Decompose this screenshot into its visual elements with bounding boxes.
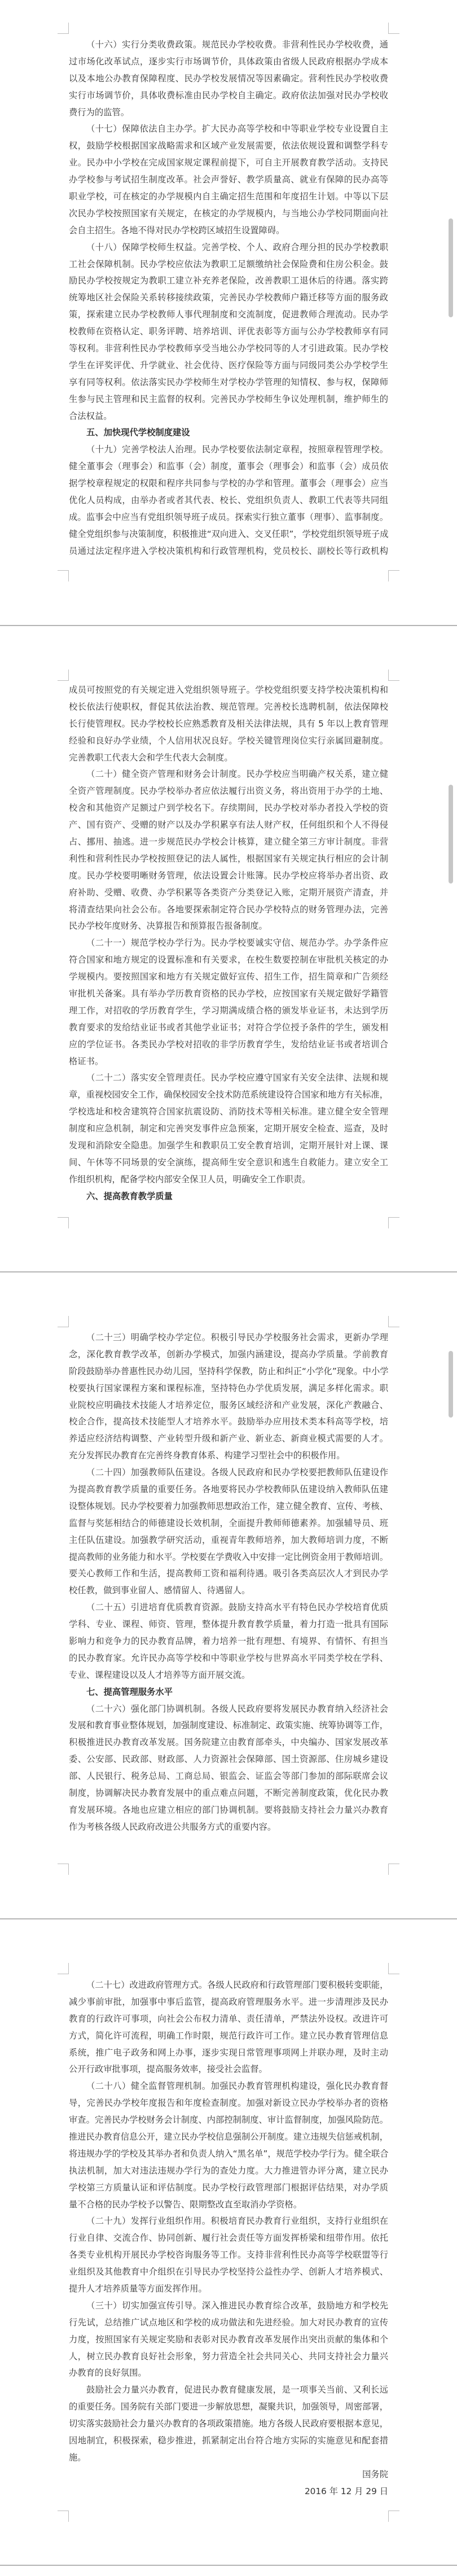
- page-2-body: 成员可按照党的有关规定进入党组织领导班子。学校党组织要支持学校决策机构和校长依法…: [69, 682, 388, 1205]
- crop-mark-bottom-right: [388, 570, 399, 581]
- crop-mark-bottom-left: [58, 1864, 69, 1875]
- crop-mark-top-left: [58, 1316, 69, 1327]
- crop-mark-bottom-right: [388, 1864, 399, 1875]
- text-line: 行先试，总结推广试点地区和学校的成功做法和先进经验。加大对民办教育的宣传: [69, 2315, 388, 2332]
- crop-mark-bottom-left: [58, 1217, 69, 1228]
- text-line: 校企合作，提高技术技能型人才培养水平。鼓励举办应用技术类本科高等学校，培: [69, 1414, 388, 1431]
- text-line: （二十二）落实安全管理责任。民办学校应遵守国家有关安全法律、法规和规: [69, 1070, 388, 1087]
- text-line: 鼓励社会力量兴办教育，促进民办教育健康发展，是一项事关当前、又利长远: [69, 2382, 388, 2399]
- text-line: 积极推进民办教育改革发展。国务院建立由教育部牵头，中央编办、国家发展改革: [69, 1734, 388, 1751]
- text-line: 等权利。非营利性民办学校教师享受当地公办学校同等的人才引进政策。民办学校: [69, 340, 388, 357]
- text-line: （三十）切实加强宣传引导。深入推进民办教育综合改革，鼓励地方和学校先: [69, 2298, 388, 2315]
- text-line: 成。监事会中应当有党组织领导班子成员。探索实行独立董事（理事）、监事制度。: [69, 509, 388, 526]
- text-line: 以及本地公办教育保障程度、民办学校发展情况等因素确定。营利性民办学校收费: [69, 71, 388, 88]
- crop-mark-top-right: [388, 670, 399, 681]
- text-line: 学校选址和校舍建筑符合国家抗震设防、消防技术等相关标准。建立健全安全管理: [69, 1104, 388, 1121]
- text-line: 监督与奖惩相结合的师德建设长效机制，全面提升教师师德素养。加强辅导员、班: [69, 1515, 388, 1532]
- crop-mark-bottom-right: [388, 2511, 399, 2522]
- text-line: 策，探索建立民办学校教师人事代理制度和交流制度，促进教师合理流动。民办学: [69, 307, 388, 323]
- text-line: （十八）保障学校师生权益。完善学校、个人、政府合理分担的民办学校教职: [69, 239, 388, 256]
- text-line: （十六）实行分类收费政策。规范民办学校收费。非营利性民办学校收费，通: [69, 37, 388, 54]
- text-line: 教育要求的发给结业证书或者其他学业证书；对符合学位授予条件的学生，颁发相: [69, 1020, 388, 1036]
- text-line: 部、人民银行、税务总局、工商总局、银监会、证监会等部门参加的部际联席会议: [69, 1768, 388, 1785]
- crop-mark-top-left: [58, 670, 69, 681]
- text-line: （二十）健全资产管理和财务会计制度。民办学校应当明确产权关系，建立健: [69, 766, 388, 783]
- text-line: 生参与民主管理和民主监督的权利。完善民办学校师生争议处理机制，维护师生的: [69, 391, 388, 408]
- text-line: 利性和营利性民办学校按照登记的法人属性，根据国家有关规定执行相应的会计制: [69, 851, 388, 868]
- crop-mark-bottom-right: [388, 1217, 399, 1228]
- text-line: 度。民办学校要明晰财务管理，依法设置会计账簿。民办学校应将举办者出资、政: [69, 868, 388, 885]
- text-line: 健全董事会（理事会）和监事（会）制度，董事会（理事会）和监事（会）成员依: [69, 458, 388, 475]
- crop-mark-top-left: [58, 23, 69, 34]
- text-line: 的民办教育家。允许民办高等学校和中等职业学校与世界高水平同类学校在学科、: [69, 1650, 388, 1667]
- text-line: 校任教，做到事业留人、感情留人、待遇留人。: [69, 1582, 388, 1599]
- text-line: 享有同等权利。依法落实民办学校师生对学校办学管理的知情权、参与权，保障师: [69, 374, 388, 391]
- text-line: 学科、专业、课程、师资、管理，整体提升教育教学质量，着力打造一批具有国际: [69, 1616, 388, 1633]
- text-line: 成员可按照党的有关规定进入党组织领导班子。学校党组织要支持学校决策机构和: [69, 682, 388, 699]
- page-separator: [0, 1918, 457, 1919]
- text-line: 作组织机构，配备学校内部安全保卫人员，明确安全工作职责。: [69, 1171, 388, 1188]
- text-line: 业。民办中小学校在完成国家规定课程前提下，可自主开展教育教学活动。支持民: [69, 155, 388, 172]
- text-line: 间、午休等不同场景的安全演练，提高师生安全意识和逃生自救能力。建立安全工: [69, 1154, 388, 1171]
- text-line: 员通过法定程序进入学校决策机构和行政管理机构，党员校长、副校长等行政机构: [69, 543, 388, 560]
- signature-date: 2016 年 12 月 29 日: [69, 2483, 388, 2500]
- text-line: （二十三）明确学校办学定位。积极引导民办学校服务社会需求，更新办学理: [69, 1329, 388, 1346]
- text-line: 教育的行政许可事项，向社会公布权力清单、责任清单，严禁法外设权。改进许可: [69, 2011, 388, 2028]
- text-line: 校要执行国家课程方案和课程标准，坚持特色办学优质发展，满足多样化需求。职: [69, 1380, 388, 1397]
- text-line: 励民办学校按规定为教职工建立补充养老保险，改善教职工退休后的待遇。落实跨: [69, 273, 388, 290]
- text-line: （二十六）强化部门协调机制。各级人民政府要将发展民办教育纳入经济社会: [69, 1701, 388, 1718]
- text-line: 委、公安部、民政部、财政部、人力资源社会保障部、国土资源部、住房城乡建设: [69, 1751, 388, 1768]
- scrollbar-thumb[interactable]: [449, 218, 453, 317]
- text-line: 将违规办学的学校及其举办者和负责人纳入“黑名单”，规范学校办学行为。健全联合: [69, 2146, 388, 2163]
- text-line: 学规模内。要按照国家和地方有关规定做好宣传、招生工作，招生简章和广告须经: [69, 969, 388, 986]
- page-separator: [0, 2565, 457, 2566]
- text-line: 养适应经济结构调整、产业转型升级和新产业、新业态、新商业模式需要的人才。: [69, 1431, 388, 1447]
- crop-mark-top-right: [388, 1316, 399, 1327]
- page-3-body: （二十三）明确学校办学定位。积极引导民办学校服务社会需求，更新办学理念，深化教育…: [69, 1329, 388, 1836]
- text-line: 府补助、受赠、收费、办学积累等各类资产分类登记入账，定期开展资产清查，并: [69, 885, 388, 902]
- text-line: 将清查结果向社会公布。各地要探索制定符合民办学校特点的财务管理办法，完善: [69, 902, 388, 919]
- text-line: 制度和应急机制，制定和完善突发事件应急预案，定期开展安全检查、巡查，及时: [69, 1121, 388, 1138]
- text-line: 办教育的良好氛围。: [69, 2365, 388, 2382]
- text-line: 执法机制，加大对违法违规办学行为的查处力度。大力推进管办评分离，建立民办: [69, 2163, 388, 2180]
- text-line: 量不合格的民办学校予以警告、限期整改直至取消办学资格。: [69, 2197, 388, 2214]
- section-heading: 五、加快现代学校制度建设: [69, 425, 388, 441]
- text-line: 经验和良好办学业绩，个人信用状况良好。学校关键管理岗位实行亲属回避制度。: [69, 733, 388, 750]
- text-line: 统筹地区社会保险关系转移接续政策，完善民办学校教师户籍迁移等方面的服务政: [69, 290, 388, 307]
- scrollbar-thumb[interactable]: [449, 785, 453, 884]
- text-line: 行业自律、交流合作、协同创新、履行社会责任等方面发挥桥梁和纽带作用。依托: [69, 2230, 388, 2247]
- text-line: 的重要任务。国务院有关部门要进一步解放思想，凝聚共识，加强领导，周密部署，: [69, 2399, 388, 2416]
- text-line: 校教师在资格认定、职务评聘、培养培训、评优表彰等方面与公办学校教师享有同: [69, 323, 388, 340]
- text-line: 工社会保障机制。民办学校应依法为教职工足额缴纳社会保险费和住房公积金。鼓: [69, 256, 388, 273]
- text-line: 为提高教育教学质量的重要任务。各地要将民办学校教师队伍建设纳入教师队伍建: [69, 1481, 388, 1498]
- text-line: 健全党组织参与决策制度，积极推进“双向进入、交叉任职”，学校党组织领导班子成: [69, 526, 388, 543]
- text-line: 施。: [69, 2450, 388, 2466]
- text-line: 力度，按照国家有关规定奖励和表彰对民办教育改革发展作出突出贡献的集体和个: [69, 2332, 388, 2348]
- text-line: 实行市场调节价，具体收费标准由民办学校自主确定。政府依法加强对民办学校收: [69, 88, 388, 104]
- text-line: 切实落实鼓励社会力量兴办教育的各项政策措施。地方各级人民政府要根据本意见，: [69, 2416, 388, 2433]
- text-line: 过市场化改革试点，逐步实行市场调节价，具体政策由省级人民政府根据办学成本: [69, 54, 388, 71]
- text-line: 念，深化教育教学改革，创新办学模式，加强内涵建设，提高办学质量。学前教育: [69, 1346, 388, 1363]
- text-line: 提高教师的业务能力和水平。学校要在学费收入中安排一定比例资金用于教师培训。: [69, 1549, 388, 1566]
- text-line: 发现和消除安全隐患。加强学生和教职员工安全教育培训，定期开展针对上课、课: [69, 1138, 388, 1154]
- text-line: 民办学校年度财务、决算报告和预算报告报备制度。: [69, 918, 388, 935]
- text-line: 校长依法行使职权，督促其依法治教、规范管理。完善校长选聘机制，依法保障校: [69, 699, 388, 716]
- text-line: （二十五）引进培育优质教育资源。鼓励支持高水平有特色民办学校培育优质: [69, 1599, 388, 1616]
- text-line: 人，树立民办教育良好社会形象，努力营造全社会共同关心、共同支持社会力量兴: [69, 2348, 388, 2365]
- page-separator: [0, 625, 457, 626]
- text-line: 产、国有资产、受赠的财产以及办学积累享有法人财产权，任何组织和个人不得侵: [69, 817, 388, 834]
- text-line: 方式，简化许可流程，明确工作时限，规范行政许可工作。建立民办教育管理信息: [69, 2028, 388, 2045]
- text-line: 格证书。: [69, 1053, 388, 1070]
- text-line: 会自主招生。各地不得对民办学校跨区域招生设置障碍。: [69, 222, 388, 239]
- text-line: 各类专业机构开展民办学校咨询服务等工作。支持非营利性民办高等学校联盟等行: [69, 2247, 388, 2264]
- text-line: 章，重视校园安全工作，确保校园安全技术防范系统建设符合国家和地方有关标准，: [69, 1087, 388, 1104]
- text-line: （二十八）健全监督管理机制。加强民办教育管理机构建设，强化民办教育督: [69, 2078, 388, 2095]
- text-line: （十九）完善学校法人治理。民办学校要依法制定章程，按照章程管理学校。: [69, 441, 388, 458]
- crop-mark-bottom-left: [58, 570, 69, 581]
- section-heading: 六、提高教育教学质量: [69, 1188, 388, 1205]
- text-line: 完善教职工代表大会和学生代表大会制度。: [69, 750, 388, 767]
- text-line: 作为考核各级人民政府改进公共服务方式的重要内容。: [69, 1819, 388, 1836]
- page-1-body: （十六）实行分类收费政策。规范民办学校收费。非营利性民办学校收费，通过市场化改革…: [69, 37, 388, 560]
- text-line: 优化人员构成，由举办者或者其代表、校长、党组织负责人、教职工代表等共同组: [69, 492, 388, 509]
- text-line: （二十九）发挥行业组织作用。积极培育民办教育行业组织，支持行业组织在: [69, 2213, 388, 2230]
- text-line: 校舍和其他资产足额过户到学校名下。存续期间，民办学校对举办者投入学校的资: [69, 800, 388, 817]
- text-line: 专业、课程建设以及人才培养等方面开展交流。: [69, 1667, 388, 1684]
- page-separator: [0, 1271, 457, 1272]
- text-line: 业组织及其他教育中介组织在引导民办学校坚持公益性办学、创新人才培养模式、: [69, 2264, 388, 2281]
- text-line: 审查。完善民办学校财务会计制度、内部控制制度、审计监督制度，加强风险防范。: [69, 2112, 388, 2129]
- text-line: 职业学校，可在核定的办学规模内自主确定招生范围和年度招生计划。中等以下层: [69, 189, 388, 205]
- text-line: 发展和教育事业整体规划，加强制度建设、标准制定、政策实施、统筹协调等工作，: [69, 1717, 388, 1734]
- text-line: 学校第三方质量认证和评估制度。民办学校行政管理部门根据评估结果，对办学质: [69, 2180, 388, 2197]
- text-line: 因地制宜，积极探索，稳步推进，抓紧制定出台符合地方实际的实施意见和配套措: [69, 2433, 388, 2450]
- text-line: （二十一）规范学校办学行为。民办学校要诚实守信、规范办学。办学条件应: [69, 935, 388, 952]
- text-line: 次民办学校按照国家有关规定，在核定的办学规模内，与当地公办学校同期面向社: [69, 205, 388, 222]
- crop-mark-top-right: [388, 23, 399, 34]
- text-line: 制度，协调解决民办教育发展中的重点难点问题，不断完善制度政策，优化民办教: [69, 1785, 388, 1802]
- text-line: （二十七）改进政府管理方式。各级人民政府和行政管理部门要积极转变职能，: [69, 1977, 388, 1994]
- text-line: 影响力和竞争力的民办教育品牌，着力培养一批有理想、有境界、有情怀、有担当: [69, 1633, 388, 1650]
- text-line: 减少事前审批，加强事中事后监管，提高政府管理服务水平。进一步清理涉及民办: [69, 1994, 388, 2011]
- text-line: 费行为的监管。: [69, 104, 388, 121]
- text-line: 主任队伍建设。加强教学研究活动，重视青年教师培养，加大教师培训力度，不断: [69, 1532, 388, 1549]
- text-line: 导，完善民办学校年度报告和年度检查制度。加强对新设立民办学校举办者的资格: [69, 2095, 388, 2112]
- text-line: 阶段鼓励举办普惠性民办幼儿园，坚持科学保教，防止和纠正“小学化”现象。中小学: [69, 1363, 388, 1380]
- crop-mark-top-left: [58, 1963, 69, 1974]
- scrollbar-thumb[interactable]: [449, 1351, 453, 1418]
- text-line: 审批机关备案。具有举办学历教育资格的民办学校，应按国家有关规定做好学籍管: [69, 986, 388, 1003]
- text-line: 合法权益。: [69, 408, 388, 425]
- text-line: 长行使管理权。民办学校校长应熟悉教育及相关法律法规，具有 5 年以上教育管理: [69, 716, 388, 733]
- page-4-body: （二十七）改进政府管理方式。各级人民政府和行政管理部门要积极转变职能，减少事前审…: [69, 1977, 388, 2500]
- text-line: 公开行政审批事项，提高服务效率，接受社会监督。: [69, 2061, 388, 2078]
- crop-mark-top-right: [388, 1963, 399, 1974]
- text-line: 应的学位证书。各类民办学校对招收的非学历教育学生，发给结业证书或者培训合: [69, 1036, 388, 1053]
- text-line: 提升人才培养质量等方面发挥作用。: [69, 2281, 388, 2298]
- text-line: 业院校应明确技术技能人才培养定位，服务区域经济和产业发展，深化产教融合、: [69, 1397, 388, 1414]
- text-line: 要关心教师工作和生活，提高教师工资和福利待遇。吸引各类高层次人才到民办学: [69, 1565, 388, 1582]
- text-line: 占、挪用、抽逃。进一步规范民办学校会计核算，建立健全第三方审计制度。非营: [69, 834, 388, 851]
- text-line: 推进民办教育信息公开，建立民办学校信息强制公开制度。建立违规失信惩戒机制，: [69, 2129, 388, 2146]
- text-line: 设整体规划。民办学校要着力加强教师思想政治工作，建立健全教育、宣传、考核、: [69, 1498, 388, 1515]
- text-line: 学生在评奖评优、升学就业、社会优待、医疗保险等方面与同级同类公办学校学生: [69, 357, 388, 374]
- text-line: 充分发挥民办教育在完善终身教育体系、构建学习型社会中的积极作用。: [69, 1447, 388, 1464]
- text-line: 全资产管理制度。民办学校举办者应依法履行出资义务，将出资用于办学的土地、: [69, 783, 388, 800]
- text-line: 权，鼓励学校根据国家战略需求和区域产业发展需要，依法依规设置和调整学科专: [69, 138, 388, 155]
- text-line: 办学校参与考试招生制度改革。社会声誉好、教学质量高、就业有保障的民办高等: [69, 172, 388, 189]
- text-line: 符合国家和地方规定的设置标准和有关要求，在校生数要控制在审批机关核定的办: [69, 952, 388, 969]
- text-line: （十七）保障依法自主办学。扩大民办高等学校和中等职业学校专业设置自主: [69, 121, 388, 138]
- text-line: （二十四）加强教师队伍建设。各级人民政府和民办学校要把教师队伍建设作: [69, 1464, 388, 1481]
- section-heading: 七、提高管理服务水平: [69, 1684, 388, 1701]
- text-line: 系统，推广电子政务和网上办事，逐步实现日常管理事项网上并联办理，及时主动: [69, 2045, 388, 2062]
- signature-issuer: 国务院: [69, 2466, 388, 2483]
- text-line: 育发展环境。各地也应建立相应的部门协调机制。要将鼓励支持社会力量兴办教育: [69, 1802, 388, 1819]
- text-line: 据学校章程规定的权限和程序共同参与学校的办学和管理。董事会（理事会）应当: [69, 475, 388, 492]
- text-line: 理工作，对招收的学历教育学生，学习期满成绩合格的颁发毕业证书，未达到学历: [69, 1003, 388, 1020]
- crop-mark-bottom-left: [58, 2511, 69, 2522]
